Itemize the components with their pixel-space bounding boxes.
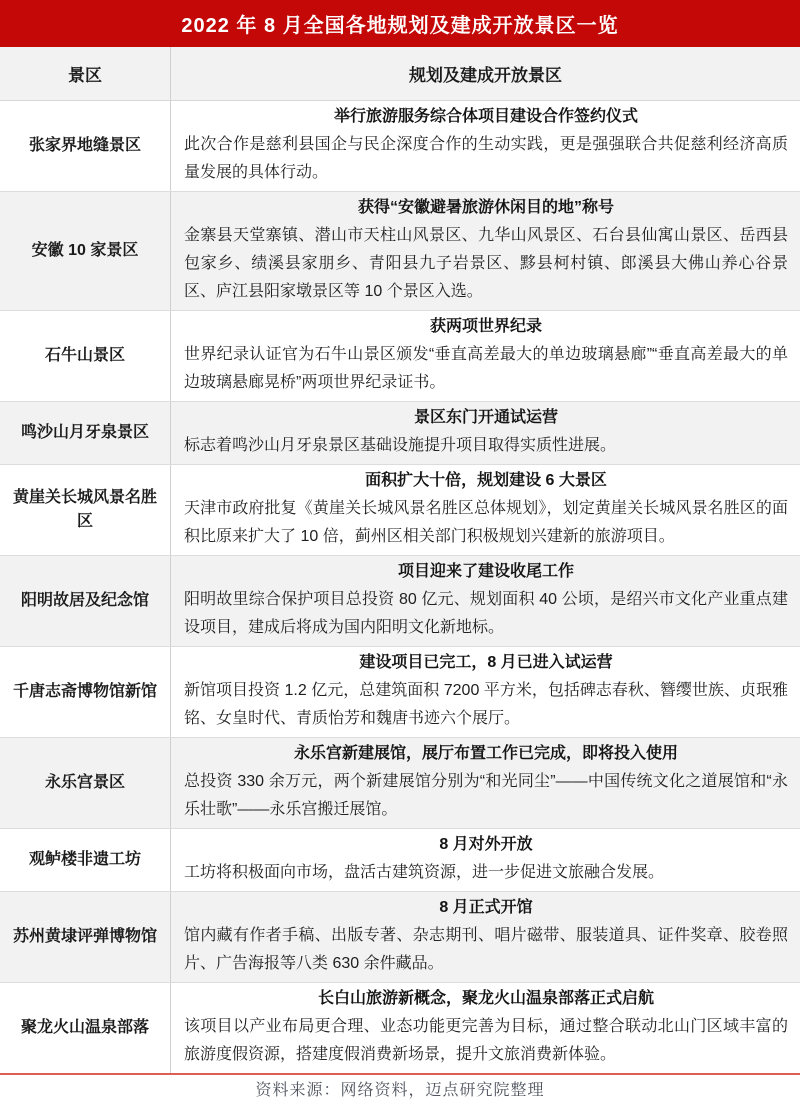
news-headline: 建设项目已完工，8 月已进入试运营 (184, 649, 788, 677)
news-body: 阳明故里综合保护项目总投资 80 亿元、规划面积 40 公顷，是绍兴市文化产业重… (184, 586, 788, 642)
scenic-area-name: 鸣沙山月牙泉景区 (0, 402, 170, 464)
news-body: 新馆项目投资 1.2 亿元，总建筑面积 7200 平方米，包括碑志春秋、簪缨世族… (184, 677, 788, 733)
news-headline: 获两项世界纪录 (184, 313, 788, 341)
table-row: 鸣沙山月牙泉景区 景区东门开通试运营 标志着鸣沙山月牙泉景区基础设施提升项目取得… (0, 401, 800, 464)
scenic-area-name: 黄崖关长城风景名胜区 (0, 465, 170, 555)
detail-cell: 获得“安徽避暑旅游休闲目的地”称号 金寨县天堂寨镇、潜山市天柱山风景区、九华山风… (170, 192, 800, 310)
table-row: 千唐志斋博物馆新馆 建设项目已完工，8 月已进入试运营 新馆项目投资 1.2 亿… (0, 646, 800, 737)
table-row: 观鲈楼非遗工坊 8 月对外开放 工坊将积极面向市场，盘活古建筑资源，进一步促进文… (0, 828, 800, 891)
table-row: 苏州黄埭评弹博物馆 8 月正式开馆 馆内藏有作者手稿、出版专著、杂志期刊、唱片磁… (0, 891, 800, 982)
table-row: 聚龙火山温泉部落 长白山旅游新概念，聚龙火山温泉部落正式启航 该项目以产业布局更… (0, 982, 800, 1073)
detail-cell: 景区东门开通试运营 标志着鸣沙山月牙泉景区基础设施提升项目取得实质性进展。 (170, 402, 800, 464)
detail-cell: 长白山旅游新概念，聚龙火山温泉部落正式启航 该项目以产业布局更合理、业态功能更完… (170, 983, 800, 1073)
news-headline: 长白山旅游新概念，聚龙火山温泉部落正式启航 (184, 985, 788, 1013)
news-headline: 8 月正式开馆 (184, 894, 788, 922)
news-headline: 景区东门开通试运营 (184, 404, 788, 432)
detail-cell: 获两项世界纪录 世界纪录认证官为石牛山景区颁发“垂直高差最大的单边玻璃悬廊”“垂… (170, 311, 800, 401)
scenic-area-name: 苏州黄埭评弹博物馆 (0, 892, 170, 982)
news-headline: 永乐宫新建展馆，展厅布置工作已完成，即将投入使用 (184, 740, 788, 768)
detail-cell: 举行旅游服务综合体项目建设合作签约仪式 此次合作是慈利县国企与民企深度合作的生动… (170, 101, 800, 191)
news-headline: 获得“安徽避暑旅游休闲目的地”称号 (184, 194, 788, 222)
news-headline: 项目迎来了建设收尾工作 (184, 558, 788, 586)
column-header-details: 规划及建成开放景区 (170, 47, 800, 100)
news-body: 总投资 330 余万元，两个新建展馆分别为“和光同尘”——中国传统文化之道展馆和… (184, 768, 788, 824)
footer-divider (0, 1073, 800, 1075)
detail-cell: 永乐宫新建展馆，展厅布置工作已完成，即将投入使用 总投资 330 余万元，两个新… (170, 738, 800, 828)
news-body: 工坊将积极面向市场，盘活古建筑资源，进一步促进文旅融合发展。 (184, 859, 788, 887)
news-body: 馆内藏有作者手稿、出版专著、杂志期刊、唱片磁带、服装道具、证件奖章、胶卷照片、广… (184, 922, 788, 978)
source-note: 资料来源：网络资料，迈点研究院整理 (0, 1075, 800, 1102)
news-body: 天津市政府批复《黄崖关长城风景名胜区总体规划》，划定黄崖关长城风景名胜区的面积比… (184, 495, 788, 551)
detail-cell: 8 月对外开放 工坊将积极面向市场，盘活古建筑资源，进一步促进文旅融合发展。 (170, 829, 800, 891)
table-row: 安徽 10 家景区 获得“安徽避暑旅游休闲目的地”称号 金寨县天堂寨镇、潜山市天… (0, 191, 800, 310)
page-title: 2022 年 8 月全国各地规划及建成开放景区一览 (181, 9, 618, 38)
scenic-area-name: 聚龙火山温泉部落 (0, 983, 170, 1073)
news-headline: 面积扩大十倍，规划建设 6 大景区 (184, 467, 788, 495)
scenic-area-name: 安徽 10 家景区 (0, 192, 170, 310)
scenic-area-name: 张家界地缝景区 (0, 101, 170, 191)
table-row: 石牛山景区 获两项世界纪录 世界纪录认证官为石牛山景区颁发“垂直高差最大的单边玻… (0, 310, 800, 401)
table-row: 阳明故居及纪念馆 项目迎来了建设收尾工作 阳明故里综合保护项目总投资 80 亿元… (0, 555, 800, 646)
detail-cell: 面积扩大十倍，规划建设 6 大景区 天津市政府批复《黄崖关长城风景名胜区总体规划… (170, 465, 800, 555)
news-body: 该项目以产业布局更合理、业态功能更完善为目标，通过整合联动北山门区域丰富的旅游度… (184, 1013, 788, 1069)
column-header-scenic-area: 景区 (0, 47, 170, 100)
scenic-area-name: 观鲈楼非遗工坊 (0, 829, 170, 891)
table-row: 黄崖关长城风景名胜区 面积扩大十倍，规划建设 6 大景区 天津市政府批复《黄崖关… (0, 464, 800, 555)
scenic-area-name: 千唐志斋博物馆新馆 (0, 647, 170, 737)
detail-cell: 建设项目已完工，8 月已进入试运营 新馆项目投资 1.2 亿元，总建筑面积 72… (170, 647, 800, 737)
detail-cell: 8 月正式开馆 馆内藏有作者手稿、出版专著、杂志期刊、唱片磁带、服装道具、证件奖… (170, 892, 800, 982)
table-row: 永乐宫景区 永乐宫新建展馆，展厅布置工作已完成，即将投入使用 总投资 330 余… (0, 737, 800, 828)
scenic-area-name: 永乐宫景区 (0, 738, 170, 828)
news-body: 此次合作是慈利县国企与民企深度合作的生动实践，更是强强联合共促慈利经济高质量发展… (184, 131, 788, 187)
news-body: 世界纪录认证官为石牛山景区颁发“垂直高差最大的单边玻璃悬廊”“垂直高差最大的单边… (184, 341, 788, 397)
table-header-row: 景区 规划及建成开放景区 (0, 47, 800, 101)
news-headline: 举行旅游服务综合体项目建设合作签约仪式 (184, 103, 788, 131)
scenic-area-name: 阳明故居及纪念馆 (0, 556, 170, 646)
news-headline: 8 月对外开放 (184, 831, 788, 859)
news-body: 标志着鸣沙山月牙泉景区基础设施提升项目取得实质性进展。 (184, 432, 788, 460)
news-body: 金寨县天堂寨镇、潜山市天柱山风景区、九华山风景区、石台县仙寓山景区、岳西县包家乡… (184, 222, 788, 306)
scenic-area-name: 石牛山景区 (0, 311, 170, 401)
detail-cell: 项目迎来了建设收尾工作 阳明故里综合保护项目总投资 80 亿元、规划面积 40 … (170, 556, 800, 646)
table-body: 张家界地缝景区 举行旅游服务综合体项目建设合作签约仪式 此次合作是慈利县国企与民… (0, 101, 800, 1073)
title-bar: 2022 年 8 月全国各地规划及建成开放景区一览 (0, 0, 800, 47)
report-page: 2022 年 8 月全国各地规划及建成开放景区一览 景区 规划及建成开放景区 迈… (0, 0, 800, 1102)
table-row: 张家界地缝景区 举行旅游服务综合体项目建设合作签约仪式 此次合作是慈利县国企与民… (0, 101, 800, 191)
